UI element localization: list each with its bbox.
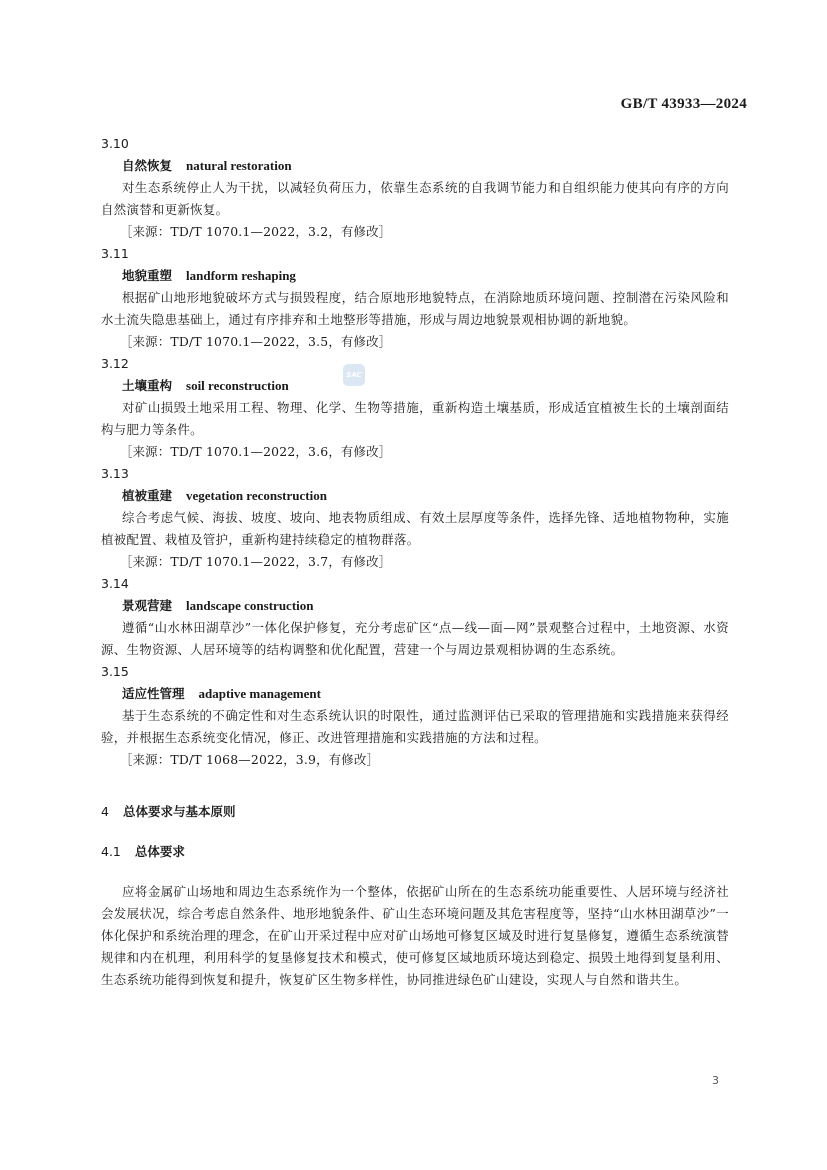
term-entry: 3.12 土壤重构soil reconstruction 对矿山损毁土地采用工程… xyxy=(101,353,729,463)
term-entry: 3.13 植被重建vegetation reconstruction 综合考虑气… xyxy=(101,463,729,573)
section-number: 4 xyxy=(101,804,109,819)
term-definition: 对生态系统停止人为干扰，以减轻负荷压力，依靠生态系统的自我调节能力和自组织能力使… xyxy=(101,177,729,221)
term-title-en: landscape construction xyxy=(186,598,313,613)
term-source: ［来源：TD/T 1070.1—2022，3.7，有修改］ xyxy=(101,551,729,573)
section-title: 总体要求与基本原则 xyxy=(123,804,236,819)
term-definition: 对矿山损毁土地采用工程、物理、化学、生物等措施，重新构造土壤基质，形成适宜植被生… xyxy=(101,397,729,441)
term-title-en: natural restoration xyxy=(186,158,292,173)
term-entry: 3.14 景观营建landscape construction 遵循“山水林田湖… xyxy=(101,573,729,661)
term-title: 植被重建vegetation reconstruction xyxy=(101,485,729,507)
subsection-number: 4.1 xyxy=(101,844,121,859)
term-number: 3.13 xyxy=(101,463,729,485)
term-source: ［来源：TD/T 1070.1—2022，3.2，有修改］ xyxy=(101,221,729,243)
term-number: 3.11 xyxy=(101,243,729,265)
term-source: ［来源：TD/T 1070.1—2022，3.6，有修改］ xyxy=(101,441,729,463)
term-title-en: landform reshaping xyxy=(186,268,296,283)
term-number: 3.12 xyxy=(101,353,729,375)
term-title-en: soil reconstruction xyxy=(186,378,289,393)
section-heading: 4总体要求与基本原则 xyxy=(101,801,729,823)
term-title: 景观营建landscape construction xyxy=(101,595,729,617)
term-title-zh: 适应性管理 xyxy=(122,686,185,701)
term-title: 土壤重构soil reconstruction xyxy=(101,375,729,397)
term-title: 地貌重塑landform reshaping xyxy=(101,265,729,287)
term-number: 3.14 xyxy=(101,573,729,595)
subsection-heading: 4.1总体要求 xyxy=(101,841,729,863)
term-title-en: vegetation reconstruction xyxy=(186,488,327,503)
term-entry: 3.10 自然恢复natural restoration 对生态系统停止人为干扰… xyxy=(101,133,729,243)
term-entry: 3.15 适应性管理adaptive management 基于生态系统的不确定… xyxy=(101,661,729,771)
term-title-zh: 景观营建 xyxy=(122,598,172,613)
term-number: 3.10 xyxy=(101,133,729,155)
standard-code: GB/T 43933—2024 xyxy=(621,96,747,113)
term-definition: 基于生态系统的不确定性和对生态系统认识的时限性，通过监测评估已采取的管理措施和实… xyxy=(101,705,729,749)
document-body: 3.10 自然恢复natural restoration 对生态系统停止人为干扰… xyxy=(101,133,729,991)
term-title-zh: 地貌重塑 xyxy=(122,268,172,283)
term-title: 适应性管理adaptive management xyxy=(101,683,729,705)
term-title-en: adaptive management xyxy=(199,686,321,701)
section-body: 应将金属矿山场地和周边生态系统作为一个整体，依据矿山所在的生态系统功能重要性、人… xyxy=(101,881,729,991)
page-number: 3 xyxy=(712,1074,719,1087)
term-entry: 3.11 地貌重塑landform reshaping 根据矿山地形地貌破坏方式… xyxy=(101,243,729,353)
term-definition: 遵循“山水林田湖草沙”一体化保护修复，充分考虑矿区“点—线—面—网”景观整合过程… xyxy=(101,617,729,661)
term-definition: 根据矿山地形地貌破坏方式与损毁程度，结合原地形地貌特点，在消除地质环境问题、控制… xyxy=(101,287,729,331)
term-title: 自然恢复natural restoration xyxy=(101,155,729,177)
term-source: ［来源：TD/T 1068—2022，3.9，有修改］ xyxy=(101,749,729,771)
term-definition: 综合考虑气候、海拔、坡度、坡向、地表物质组成、有效土层厚度等条件，选择先锋、适地… xyxy=(101,507,729,551)
term-source: ［来源：TD/T 1070.1—2022，3.5，有修改］ xyxy=(101,331,729,353)
term-title-zh: 植被重建 xyxy=(122,488,172,503)
subsection-title: 总体要求 xyxy=(135,844,185,859)
term-number: 3.15 xyxy=(101,661,729,683)
term-title-zh: 土壤重构 xyxy=(122,378,172,393)
term-title-zh: 自然恢复 xyxy=(122,158,172,173)
